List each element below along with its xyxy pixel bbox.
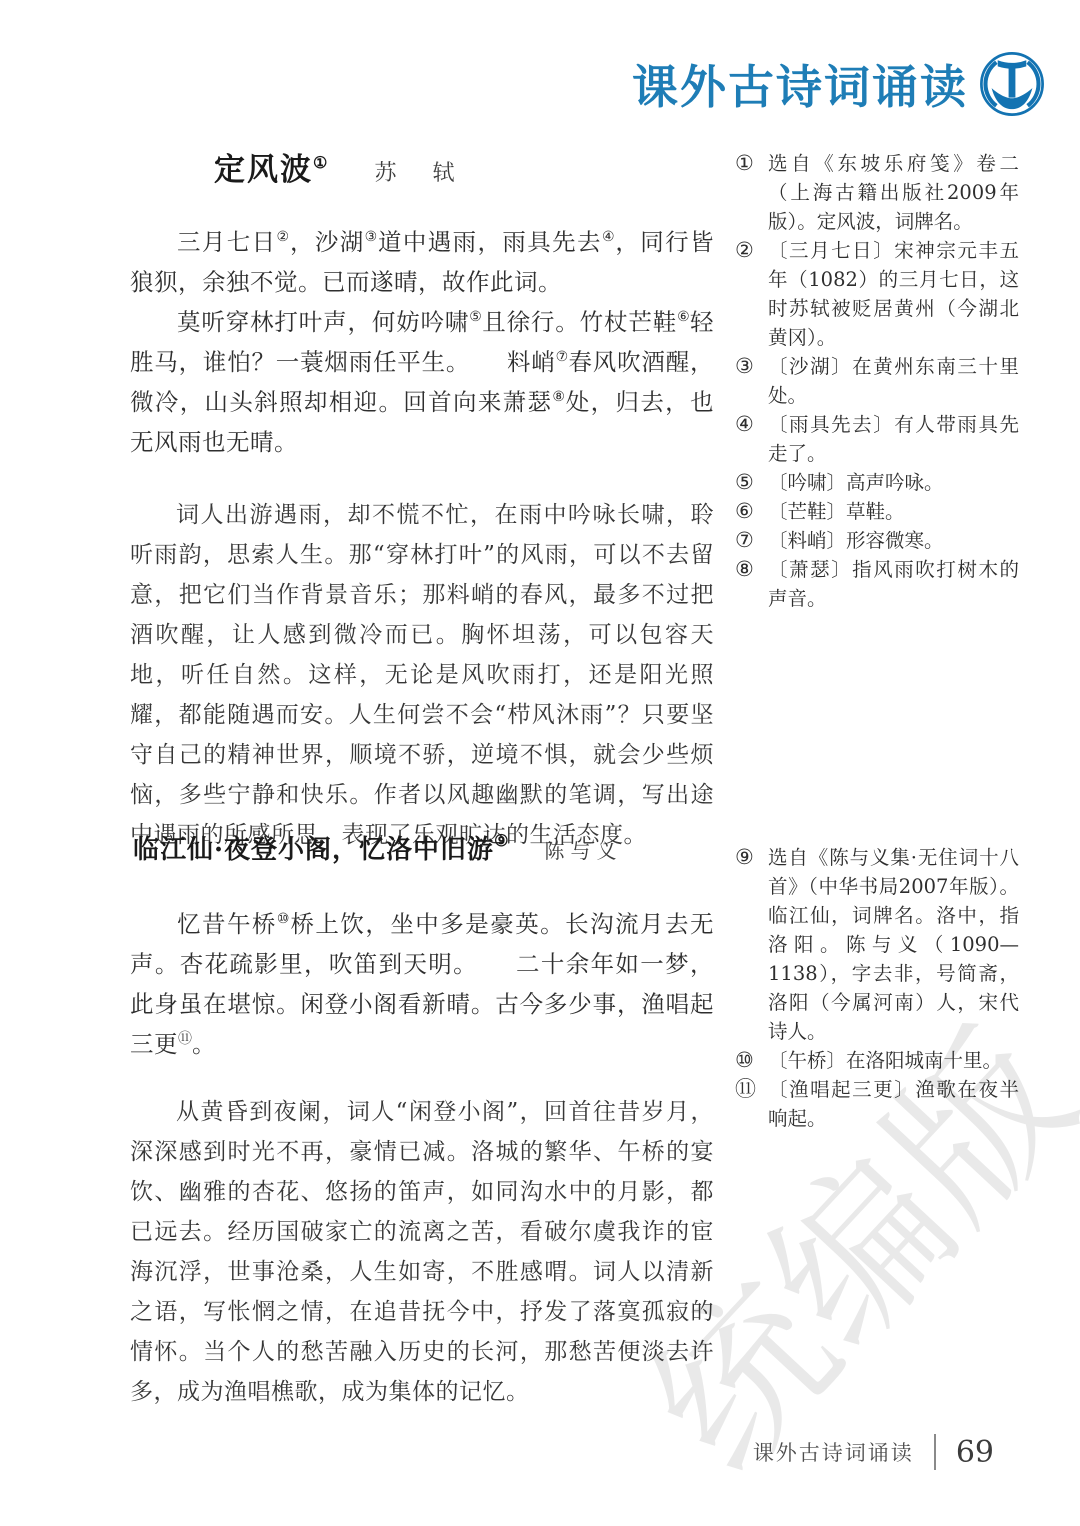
annotation-item: ⑧〔萧瑟〕指风雨吹打树木的声音。 xyxy=(735,555,1019,613)
poem1-commentary: 词人出游遇雨，却不慌不忙，在雨中吟咏长啸，聆听雨韵，思索人生。那“穿林打叶”的风… xyxy=(130,495,714,855)
note-number: ⑧ xyxy=(735,555,762,613)
note-text: 〔芒鞋〕草鞋。 xyxy=(768,497,1019,526)
annotation-item: ②〔三月七日〕宋神宗元丰五年（1082）的三月七日，这时苏轼被贬居黄州（今湖北黄… xyxy=(735,236,1019,352)
page-number: 69 xyxy=(956,1435,994,1470)
poem1-title-row: 定风波① 苏轼 xyxy=(214,144,798,189)
note-number: ⑤ xyxy=(735,468,762,497)
note-number: ① xyxy=(735,149,762,236)
book-anchor-icon xyxy=(978,50,1046,118)
note-text: 选自《东坡乐府笺》卷二（上海古籍出版社2009年版）。定风波，词牌名。 xyxy=(768,149,1019,236)
note-number: ⑨ xyxy=(735,843,762,1046)
poem1-author: 苏轼 xyxy=(374,161,490,186)
footer-section-label: 课外古诗词诵读 xyxy=(753,1437,914,1467)
footer-divider xyxy=(934,1434,936,1470)
annotations-poem2: ⑨选自《陈与义集·无住词十八首》（中华书局2007年版）。临江仙，词牌名。洛中，… xyxy=(735,843,1019,1133)
note-number: ⑦ xyxy=(735,526,762,555)
note-text: 〔萧瑟〕指风雨吹打树木的声音。 xyxy=(768,555,1019,613)
note-number: ⑪ xyxy=(735,1075,762,1133)
note-text: 〔料峭〕形容微寒。 xyxy=(768,526,1019,555)
poem1-title: 定风波① xyxy=(214,152,329,188)
note-number: ⑩ xyxy=(735,1046,762,1075)
poem2-title-row: 临江仙·夜登小阁，忆洛中旧游⑨ 陈与义 xyxy=(133,829,717,866)
note-text: 〔三月七日〕宋神宗元丰五年（1082）的三月七日，这时苏轼被贬居黄州（今湖北黄冈… xyxy=(768,236,1019,352)
poem2-title: 临江仙·夜登小阁，忆洛中旧游⑨ xyxy=(133,835,509,865)
annotation-item: ⑥〔芒鞋〕草鞋。 xyxy=(735,497,1019,526)
note-text: 〔午桥〕在洛阳城南十里。 xyxy=(768,1046,1019,1075)
poem2-author: 陈与义 xyxy=(545,839,623,863)
textbook-page: 统编版 课外古诗词诵读 定风波① 苏轼 三月七日②，沙湖③道中遇雨，雨具先去④，… xyxy=(0,0,1080,1526)
note-number: ④ xyxy=(735,410,762,468)
poem2-title-text: 临江仙·夜登小阁，忆洛中旧游 xyxy=(133,835,494,865)
page-header: 课外古诗词诵读 xyxy=(0,50,1046,118)
annotation-item: ⑦〔料峭〕形容微寒。 xyxy=(735,526,1019,555)
poem1-preface: 三月七日②，沙湖③道中遇雨，雨具先去④，同行皆狼狈，余独不觉。已而遂晴，故作此词… xyxy=(130,222,714,302)
poem1-title-text: 定风波 xyxy=(214,152,313,188)
poem2-commentary: 从黄昏到夜阑，词人“闲登小阁”，回首往昔岁月，深深感到时光不再，豪情已减。洛城的… xyxy=(130,1092,714,1412)
note-text: 〔沙湖〕在黄州东南三十里处。 xyxy=(768,352,1019,410)
note-text: 选自《陈与义集·无住词十八首》（中华书局2007年版）。临江仙，词牌名。洛中，指… xyxy=(768,843,1019,1046)
annotation-item: ③〔沙湖〕在黄州东南三十里处。 xyxy=(735,352,1019,410)
annotation-item: ④〔雨具先去〕有人带雨具先走了。 xyxy=(735,410,1019,468)
poem1-body: 莫听穿林打叶声，何妨吟啸⑤且徐行。竹杖芒鞋⑥轻胜马，谁怕？一蓑烟雨任平生。 料峭… xyxy=(130,302,714,462)
annotation-item: ⑪〔渔唱起三更〕渔歌在夜半响起。 xyxy=(735,1075,1019,1133)
annotation-item: ①选自《东坡乐府笺》卷二（上海古籍出版社2009年版）。定风波，词牌名。 xyxy=(735,149,1019,236)
annotation-item: ⑨选自《陈与义集·无住词十八首》（中华书局2007年版）。临江仙，词牌名。洛中，… xyxy=(735,843,1019,1046)
poem1-title-note-ref: ① xyxy=(313,153,329,172)
note-text: 〔吟啸〕高声吟咏。 xyxy=(768,468,1019,497)
note-number: ② xyxy=(735,236,762,352)
page-footer: 课外古诗词诵读 69 xyxy=(753,1434,994,1470)
note-number: ③ xyxy=(735,352,762,410)
note-text: 〔渔唱起三更〕渔歌在夜半响起。 xyxy=(768,1075,1019,1133)
annotations-poem1: ①选自《东坡乐府笺》卷二（上海古籍出版社2009年版）。定风波，词牌名。 ②〔三… xyxy=(735,149,1019,613)
annotation-item: ⑤〔吟啸〕高声吟咏。 xyxy=(735,468,1019,497)
note-number: ⑥ xyxy=(735,497,762,526)
note-text: 〔雨具先去〕有人带雨具先走了。 xyxy=(768,410,1019,468)
annotation-item: ⑩〔午桥〕在洛阳城南十里。 xyxy=(735,1046,1019,1075)
poem2-title-note-ref: ⑨ xyxy=(494,831,509,850)
section-title: 课外古诗词诵读 xyxy=(632,51,968,117)
poem2-body: 忆昔午桥⑩桥上饮，坐中多是豪英。长沟流月去无声。杏花疏影里，吹笛到天明。 二十余… xyxy=(130,904,714,1064)
